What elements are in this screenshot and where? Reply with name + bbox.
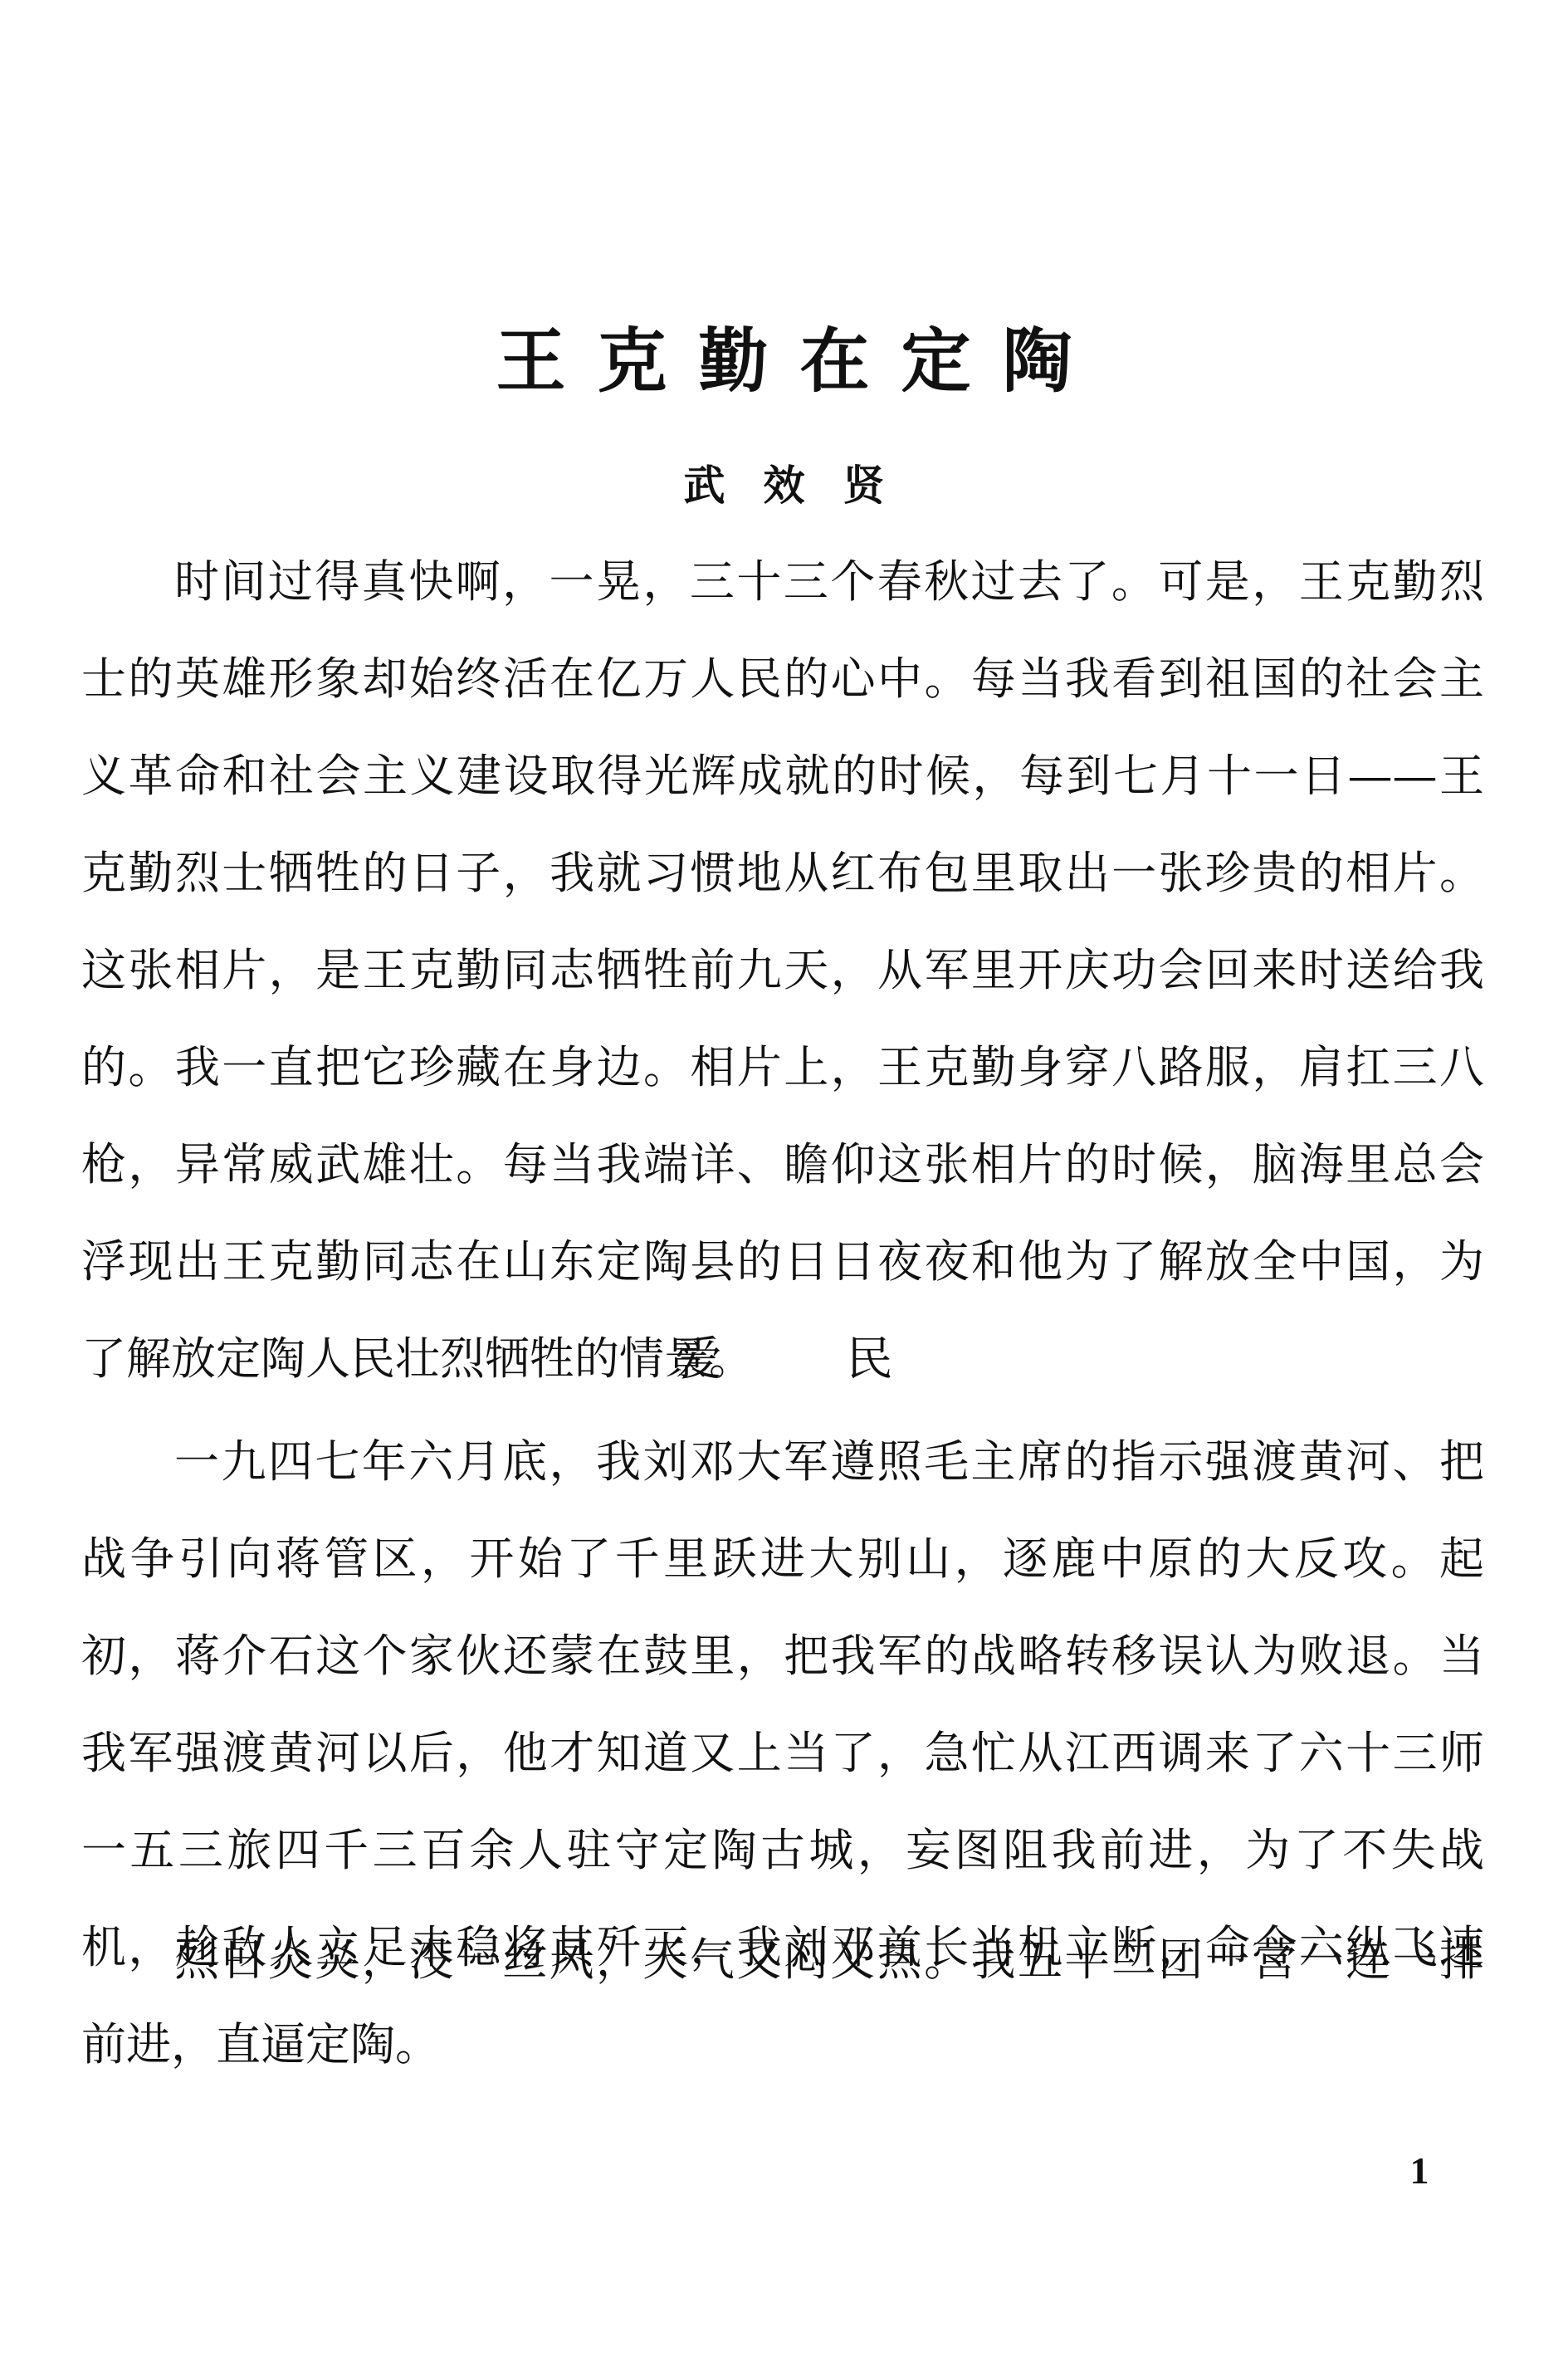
text-line: 一五三旅四千三百余人驻守定陶古城，妄图阻我前进，为了不失战 — [81, 1801, 1484, 1899]
text-line: 时间过得真快啊，一晃，三十三个春秋过去了。可是，王克勤烈 — [81, 533, 1484, 630]
text-line: 义革命和社会主义建设取得光辉成就的时候，每到七月十一日——王 — [81, 727, 1484, 824]
paragraph-section-2: 烈日炎炎，没一丝风，天气又闷又热。我五十二团一营一连一排 — [81, 1911, 1484, 2008]
text-line: 初，蒋介石这个家伙还蒙在鼓里，把我军的战略转移误认为败退。当 — [81, 1607, 1484, 1704]
text-line: 战争引向蒋管区，开始了千里跃进大别山，逐鹿中原的大反攻。起 — [81, 1510, 1484, 1607]
text-line: 浮现出王克勤同志在山东定陶县的日日夜夜和他为了解放全中国，为 — [81, 1213, 1484, 1310]
text-line: 士的英雄形象却始终活在亿万人民的心中。每当我看到祖国的社会主 — [81, 630, 1484, 727]
text-line: 一九四七年六月底，我刘邓大军遵照毛主席的指示强渡黄河、把 — [81, 1413, 1484, 1510]
text-line: 前进，直逼定陶。 — [81, 1996, 1484, 2093]
article-title: 王克勤在定陶 — [0, 320, 1568, 403]
text-line: 的。我一直把它珍藏在身边。相片上，王克勤身穿八路服，肩扛三八 — [81, 1019, 1484, 1116]
document-page: 王克勤在定陶 武效贤 时间过得真快啊，一晃，三十三个春秋过去了。可是，王克勤烈 … — [0, 0, 1568, 2371]
text-line: 克勤烈士牺牲的日子，我就习惯地从红布包里取出一张珍贵的相片。 — [81, 824, 1484, 922]
text-line: 这张相片，是王克勤同志牺牲前九天，从军里开庆功会回来时送给我 — [81, 922, 1484, 1019]
article-author: 武效贤 — [0, 457, 1568, 515]
text-line: 我军强渡黄河以后，他才知道又上当了，急忙从江西调来了六十三师 — [81, 1704, 1484, 1801]
text-line: 烈日炎炎，没一丝风，天气又闷又热。我五十二团一营一连一排 — [81, 1911, 1484, 2008]
text-line: 枪，异常威武雄壮。每当我端详、瞻仰这张相片的时候，脑海里总会 — [81, 1116, 1484, 1213]
section-heading: 爱民 — [0, 1327, 1568, 1393]
page-number: 1 — [1395, 2146, 1444, 2196]
paragraph-intro: 时间过得真快啊，一晃，三十三个春秋过去了。可是，王克勤烈 士的英雄形象却始终活在… — [81, 533, 1484, 1407]
